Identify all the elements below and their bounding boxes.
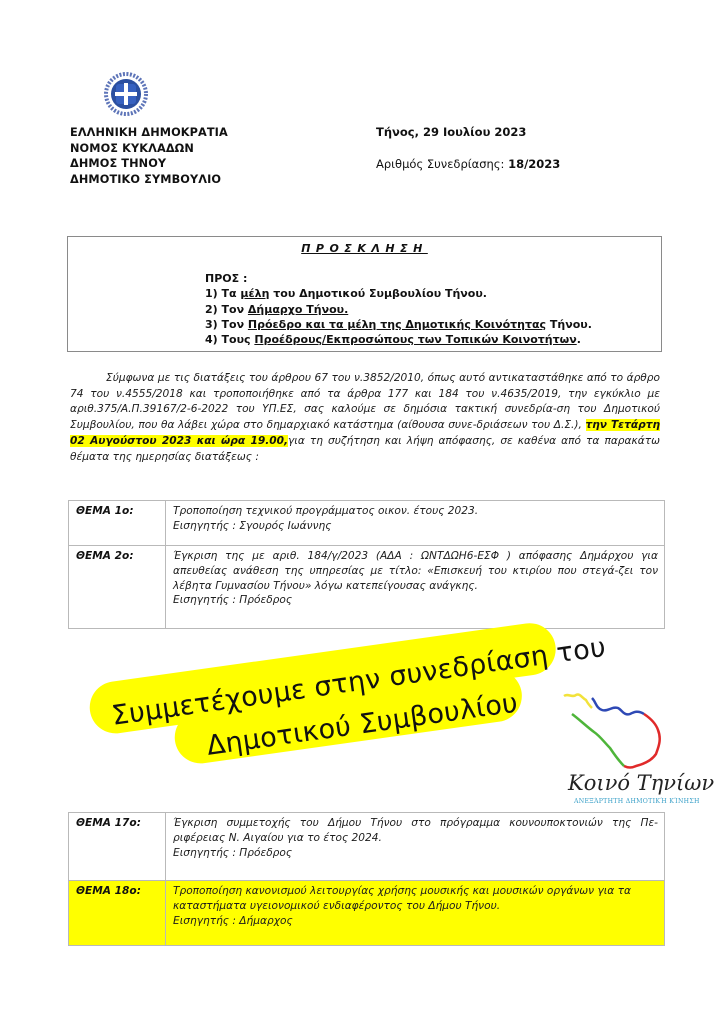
issuer-line: ΕΛΛΗΝΙΚΗ ΔΗΜΟΚΡΑΤΙΑ (70, 125, 228, 141)
agenda-item-body: Έγκριση συμμετοχής του Δήμου Τήνου στο π… (166, 813, 665, 881)
place-date: Τήνος, 29 Ιουλίου 2023 (376, 125, 526, 139)
recipient-item: 1) Τα μέλη του Δημοτικού Συμβουλίου Τήνο… (205, 286, 592, 301)
recipient-item: 3) Τον Πρόεδρο και τα μέλη της Δημοτικής… (205, 317, 592, 332)
agenda-item-label: ΘΕΜΑ 2ο: (69, 546, 166, 629)
to-label: ΠΡΟΣ : (205, 271, 592, 286)
issuer-line: ΝΟΜΟΣ ΚΥΚΛΑΔΩΝ (70, 141, 228, 157)
recipient-item: 2) Τον Δήμαρχο Τήνου. (205, 302, 592, 317)
agenda-row: ΘΕΜΑ 1ο: Τροποποίηση τεχνικού προγράμματ… (69, 501, 665, 546)
agenda-table-bottom: ΘΕΜΑ 17ο: Έγκριση συμμετοχής του Δήμου Τ… (68, 812, 665, 946)
tinos-island-outline-icon (552, 690, 702, 772)
agenda-item-label: ΘΕΜΑ 1ο: (69, 501, 166, 546)
agenda-row-highlighted: ΘΕΜΑ 18ο: Τροποποίηση κανονισμού λειτουρ… (69, 881, 665, 946)
greek-coat-of-arms-icon (104, 72, 148, 116)
agenda-item-body: Έγκριση της με αριθ. 184/γ/2023 (ΑΔΑ : Ω… (166, 546, 665, 629)
logo-name: Κοινό Τηνίων (568, 771, 714, 795)
koino-tinion-logo: Κοινό Τηνίων Ανεξάρτητη Δημοτική Κίνηση (552, 690, 702, 810)
agenda-row: ΘΕΜΑ 17ο: Έγκριση συμμετοχής του Δήμου Τ… (69, 813, 665, 881)
agenda-table-top: ΘΕΜΑ 1ο: Τροποποίηση τεχνικού προγράμματ… (68, 500, 665, 629)
recipients-block: ΠΡΟΣ : 1) Τα μέλη του Δημοτικού Συμβουλί… (205, 271, 592, 347)
invitation-box: ΠΡΟΣΚΛΗΣΗ ΠΡΟΣ : 1) Τα μέλη του Δημοτικο… (67, 236, 662, 352)
agenda-item-body: Τροποποίηση τεχνικού προγράμματος οικον.… (166, 501, 665, 546)
session-number: 18/2023 (508, 157, 560, 171)
agenda-item-body: Τροποποίηση κανονισμού λειτουργίας χρήση… (166, 881, 665, 946)
logo-subtitle: Ανεξάρτητη Δημοτική Κίνηση (574, 798, 700, 805)
recipient-item: 4) Τους Προέδρους/Εκπροσώπους των Τοπικώ… (205, 332, 592, 347)
invitation-paragraph: Σύμφωνα με τις διατάξεις του άρθρου 67 τ… (70, 371, 660, 465)
issuer-block: ΕΛΛΗΝΙΚΗ ΔΗΜΟΚΡΑΤΙΑ ΝΟΜΟΣ ΚΥΚΛΑΔΩΝ ΔΗΜΟΣ… (70, 125, 228, 187)
agenda-item-label: ΘΕΜΑ 17ο: (69, 813, 166, 881)
paragraph-text: Σύμφωνα με τις διατάξεις του άρθρου 67 τ… (70, 372, 660, 431)
session-label: Αριθμός Συνεδρίασης: (376, 157, 508, 171)
invitation-title: ΠΡΟΣΚΛΗΣΗ (68, 242, 661, 255)
issuer-line: ΔΗΜΟΣ ΤΗΝΟΥ (70, 156, 228, 172)
issuer-line: ΔΗΜΟΤΙΚΟ ΣΥΜΒΟΥΛΙΟ (70, 172, 228, 188)
session-number-line: Αριθμός Συνεδρίασης: 18/2023 (376, 157, 560, 171)
participation-banner: Συμμετέχουμε στην συνεδρίαση του Δημοτικ… (70, 635, 610, 785)
agenda-row: ΘΕΜΑ 2ο: Έγκριση της με αριθ. 184/γ/2023… (69, 546, 665, 629)
agenda-item-label: ΘΕΜΑ 18ο: (69, 881, 166, 946)
